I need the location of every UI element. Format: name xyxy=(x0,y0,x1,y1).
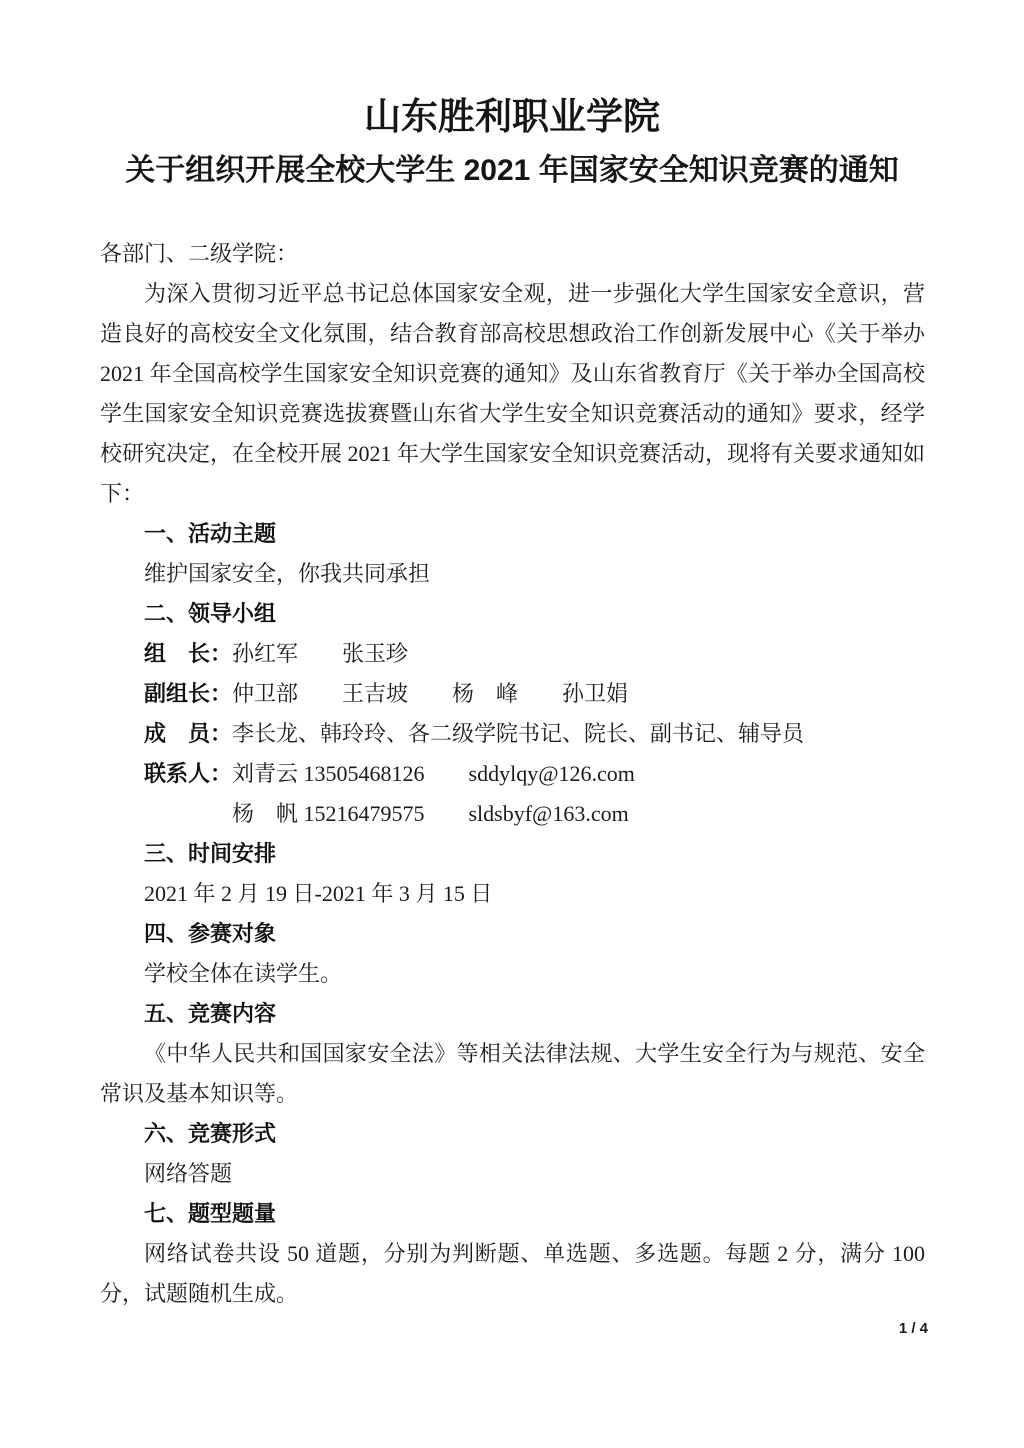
section-paragraph: 学校全体在读学生。 xyxy=(100,954,925,994)
line-text: 刘青云 13505468126 sddylqy@126.com xyxy=(232,761,635,786)
labeled-line: 组 长：孙红军 张玉珍 xyxy=(100,634,925,674)
line-text: 仲卫部 王吉坡 杨 峰 孙卫娟 xyxy=(232,681,628,706)
document-subtitle: 关于组织开展全校大学生 2021 年国家安全知识竞赛的通知 xyxy=(0,154,1024,187)
line-text: 杨 帆 15216479575 sldsbyf@163.com xyxy=(232,801,629,826)
section-heading: 二、领导小组 xyxy=(100,594,925,634)
intro-paragraph: 为深入贯彻习近平总书记总体国家安全观，进一步强化大学生国家安全意识，营造良好的高… xyxy=(100,274,925,514)
document-page: 山东胜利职业学院 关于组织开展全校大学生 2021 年国家安全知识竞赛的通知 各… xyxy=(0,0,1024,1448)
line-label: 联系人： xyxy=(144,761,232,786)
section-heading: 五、竞赛内容 xyxy=(100,994,925,1034)
salutation: 各部门、二级学院： xyxy=(100,234,925,274)
section-heading: 一、活动主题 xyxy=(100,514,925,554)
section-paragraph: 《中华人民共和国国家安全法》等相关法律法规、大学生安全行为与规范、安全常识及基本… xyxy=(100,1034,925,1114)
contact-continuation-line: 杨 帆 15216479575 sldsbyf@163.com xyxy=(100,794,925,834)
document-body: 各部门、二级学院： 为深入贯彻习近平总书记总体国家安全观，进一步强化大学生国家安… xyxy=(0,234,1024,1314)
labeled-line: 联系人：刘青云 13505468126 sddylqy@126.com xyxy=(100,754,925,794)
line-label: 组 长： xyxy=(144,641,232,666)
line-label: 成 员： xyxy=(144,721,232,746)
line-label: 副组长： xyxy=(144,681,232,706)
section-heading: 六、竞赛形式 xyxy=(100,1114,925,1154)
section-paragraph: 维护国家安全，你我共同承担 xyxy=(100,554,925,594)
page-number: 1 / 4 xyxy=(899,1320,928,1337)
section-paragraph: 网络试卷共设 50 道题，分别为判断题、单选题、多选题。每题 2 分，满分 10… xyxy=(100,1234,925,1314)
section-paragraph: 2021 年 2 月 19 日-2021 年 3 月 15 日 xyxy=(100,874,925,914)
section-heading: 四、参赛对象 xyxy=(100,914,925,954)
document-title: 山东胜利职业学院 xyxy=(0,0,1024,138)
section-heading: 七、题型题量 xyxy=(100,1194,925,1234)
section-heading: 三、时间安排 xyxy=(100,834,925,874)
labeled-line: 副组长：仲卫部 王吉坡 杨 峰 孙卫娟 xyxy=(100,674,925,714)
sections-container: 一、活动主题维护国家安全，你我共同承担二、领导小组组 长：孙红军 张玉珍副组长：… xyxy=(100,514,925,1314)
section-paragraph: 网络答题 xyxy=(100,1154,925,1194)
line-text: 李长龙、韩玲玲、各二级学院书记、院长、副书记、辅导员 xyxy=(232,721,804,746)
line-text: 孙红军 张玉珍 xyxy=(232,641,408,666)
labeled-line: 成 员：李长龙、韩玲玲、各二级学院书记、院长、副书记、辅导员 xyxy=(100,714,925,754)
